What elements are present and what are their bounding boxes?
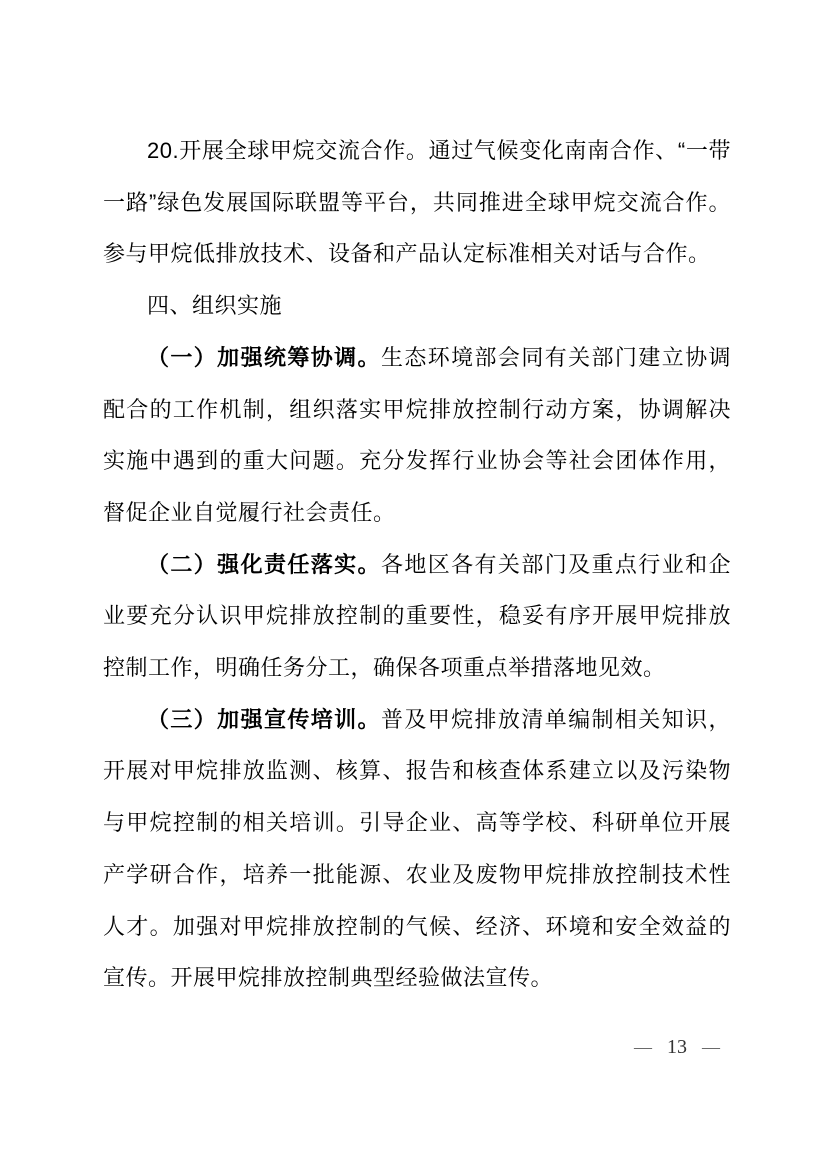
item-1-lead: （一）加强统筹协调。 [147,345,381,370]
paragraph-20: 20.开展全球甲烷交流合作。通过气候变化南南合作、“一带一路”绿色发展国际联盟等… [103,125,731,280]
item-2-lead: （二）强化责任落实。 [147,552,381,577]
section-heading-text: 四、组织实施 [147,293,282,318]
item-1-paragraph: （一）加强统筹协调。生态环境部会同有关部门建立协调配合的工作机制，组织落实甲烷排… [103,332,731,539]
document-page: 20.开展全球甲烷交流合作。通过气候变化南南合作、“一带一路”绿色发展国际联盟等… [0,0,827,1170]
item-3-lead: （三）加强宣传培训。 [147,707,381,732]
section-heading: 四、组织实施 [103,280,731,332]
page-number: 13 [667,1036,687,1059]
footer-left-dash: — [634,1037,652,1058]
paragraph-20-text: 20.开展全球甲烷交流合作。通过气候变化南南合作、“一带一路”绿色发展国际联盟等… [103,138,731,266]
document-body: 20.开展全球甲烷交流合作。通过气候变化南南合作、“一带一路”绿色发展国际联盟等… [103,125,731,1004]
footer-right-dash: — [702,1037,720,1058]
item-2-paragraph: （二）强化责任落实。各地区各有关部门及重点行业和企业要充分认识甲烷排放控制的重要… [103,539,731,694]
item-3-paragraph: （三）加强宣传培训。普及甲烷排放清单编制相关知识，开展对甲烷排放监测、核算、报告… [103,694,731,1004]
page-footer: — 13 — [617,1036,737,1059]
item-3-text: 普及甲烷排放清单编制相关知识，开展对甲烷排放监测、核算、报告和核查体系建立以及污… [103,707,731,991]
item-1-text: 生态环境部会同有关部门建立协调配合的工作机制，组织落实甲烷排放控制行动方案，协调… [103,345,731,525]
